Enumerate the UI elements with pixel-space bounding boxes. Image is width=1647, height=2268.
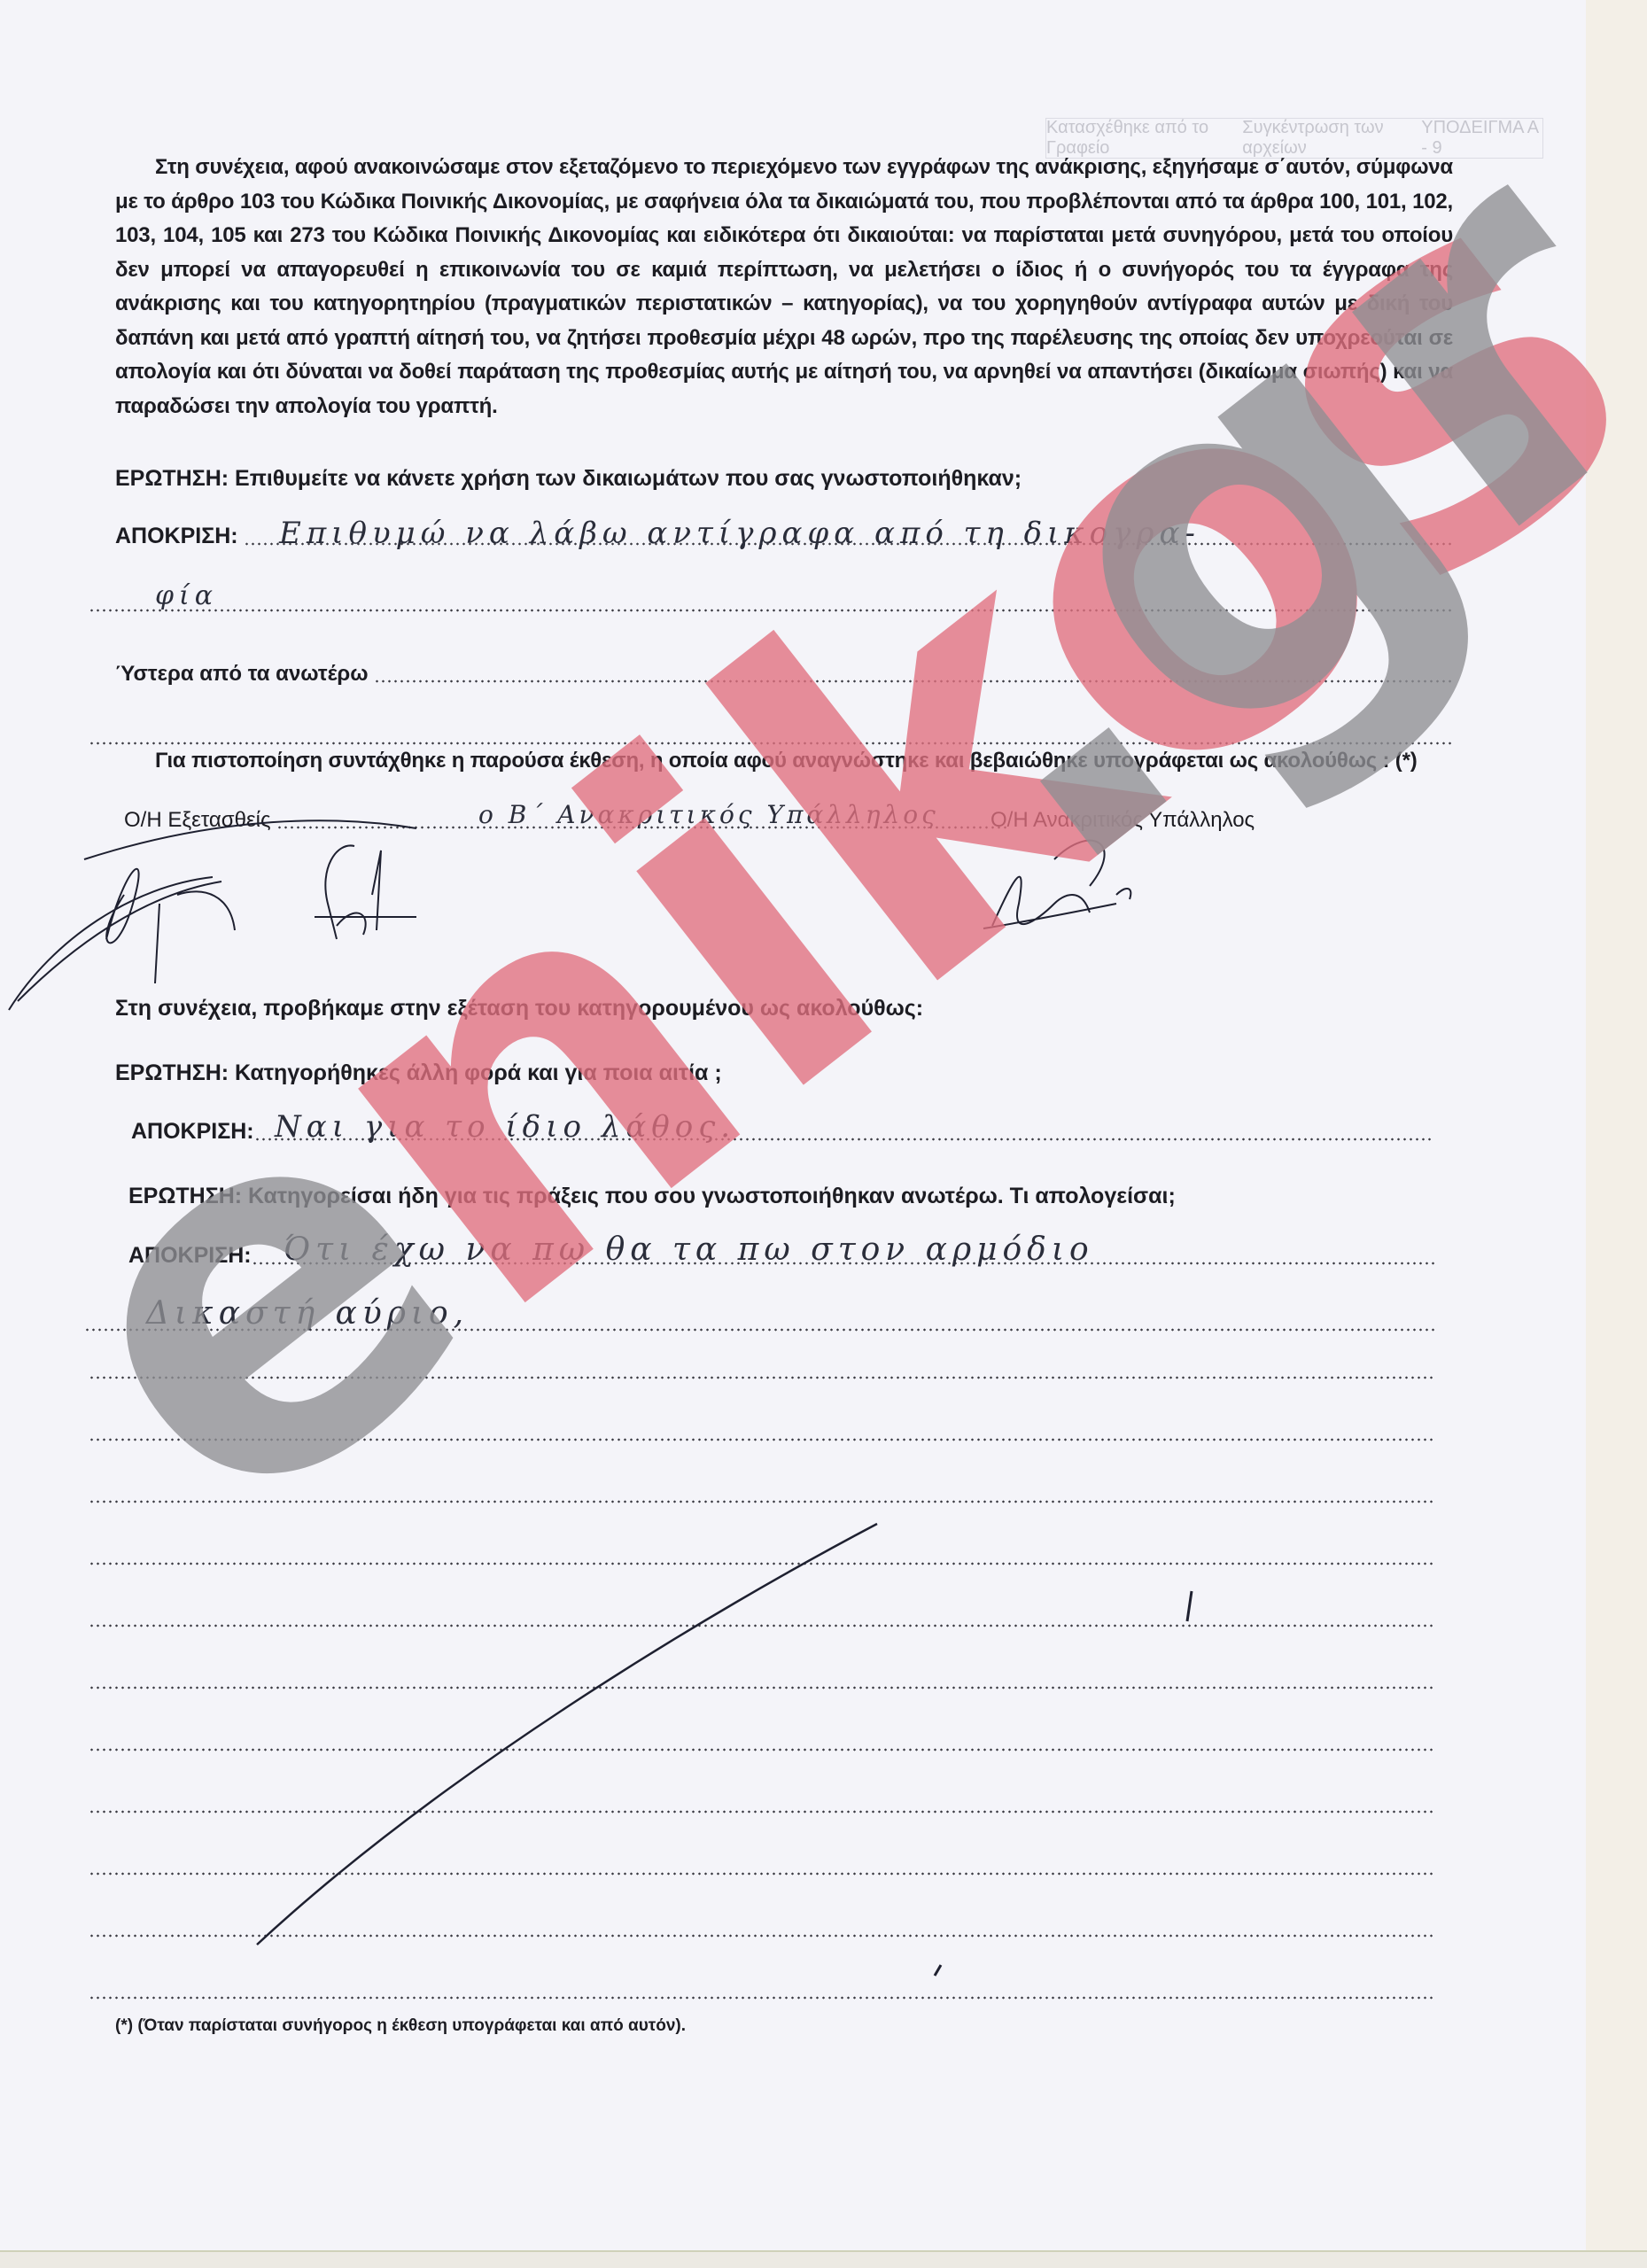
cancellation-stroke [0,0,1647,2268]
footnote: (*) (Όταν παρίσταται συνήγορος η έκθεση … [115,2016,686,2036]
